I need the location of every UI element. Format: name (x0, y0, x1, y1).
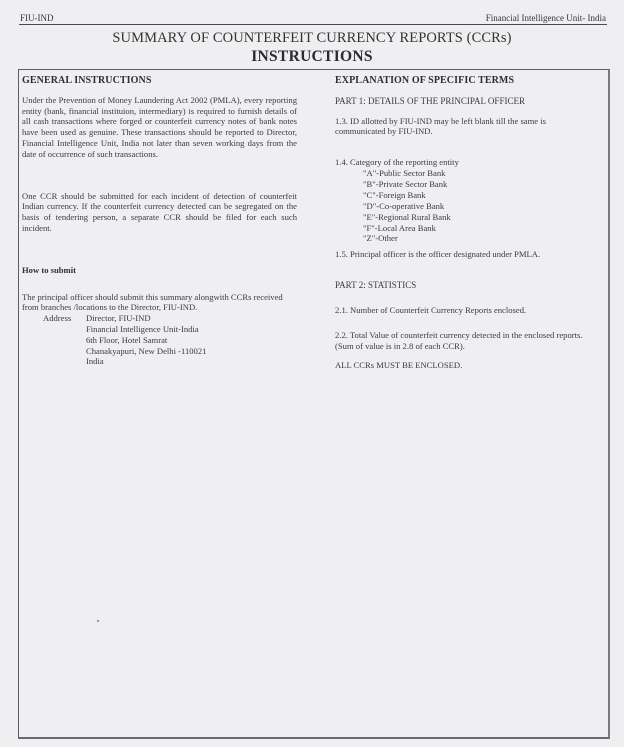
how-to-submit-text: The principal officer should submit this… (22, 292, 297, 314)
general-instructions-heading: GENERAL INSTRUCTIONS (22, 76, 297, 87)
specific-terms-column: EXPLANATION OF SPECIFIC TERMS PART 1: DE… (335, 76, 593, 371)
closing-note: ALL CCRs MUST BE ENCLOSED. (335, 360, 593, 371)
submission-address: Address Director, FIU-IND Financial Inte… (22, 313, 297, 367)
how-to-submit-heading: How to submit (22, 265, 297, 276)
header-org-code: FIU-IND (20, 13, 54, 23)
header-org-name: Financial Intelligence Unit- India (486, 13, 606, 23)
address-lines: Director, FIU-IND Financial Intelligence… (86, 313, 206, 367)
entity-category-item: "B"-Private Sector Bank (363, 179, 593, 190)
entity-category-item: "E"-Regional Rural Bank (363, 212, 593, 223)
entity-category-item: "D"-Co-operative Bank (363, 201, 593, 212)
specific-terms-heading: EXPLANATION OF SPECIFIC TERMS (335, 76, 593, 87)
address-label: Address (22, 313, 86, 367)
term-1-3: 1.3. ID allotted by FIU-IND may be left … (335, 116, 593, 138)
term-2-1: 2.1. Number of Counterfeit Currency Repo… (335, 305, 593, 316)
entity-category-item: "F"-Local Area Bank (363, 223, 593, 234)
term-1-4: 1.4. Category of the reporting entity (335, 157, 593, 168)
general-instructions-paragraph-2: One CCR should be submitted for each inc… (22, 191, 297, 234)
address-line: Financial Intelligence Unit-India (86, 324, 206, 335)
address-line: India (86, 356, 206, 367)
address-line: Chanakyapuri, New Delhi -110021 (86, 346, 206, 357)
term-1-5: 1.5. Principal officer is the officer de… (335, 249, 593, 260)
part1-heading: PART 1: DETAILS OF THE PRINCIPAL OFFICER (335, 96, 593, 107)
general-instructions-paragraph-1: Under the Prevention of Money Laundering… (22, 95, 297, 160)
document-title: SUMMARY OF COUNTERFEIT CURRENCY REPORTS … (0, 30, 624, 47)
general-instructions-column: GENERAL INSTRUCTIONS Under the Preventio… (22, 76, 297, 367)
entity-category-item: "A"-Public Sector Bank (363, 168, 593, 179)
address-line: 6th Floor, Hotel Samrat (86, 335, 206, 346)
page-header: FIU-IND Financial Intelligence Unit- Ind… (19, 12, 607, 25)
address-line: Director, FIU-IND (86, 313, 206, 324)
part2-heading: PART 2: STATISTICS (335, 280, 593, 291)
scan-artifact (97, 620, 99, 622)
term-2-2: 2.2. Total Value of counterfeit currency… (335, 330, 593, 352)
entity-category-item: "C"-Foreign Bank (363, 190, 593, 201)
document-subtitle: INSTRUCTIONS (0, 48, 624, 66)
entity-category-item: "Z"-Other (363, 233, 593, 244)
entity-category-list: "A"-Public Sector Bank "B"-Private Secto… (335, 168, 593, 244)
